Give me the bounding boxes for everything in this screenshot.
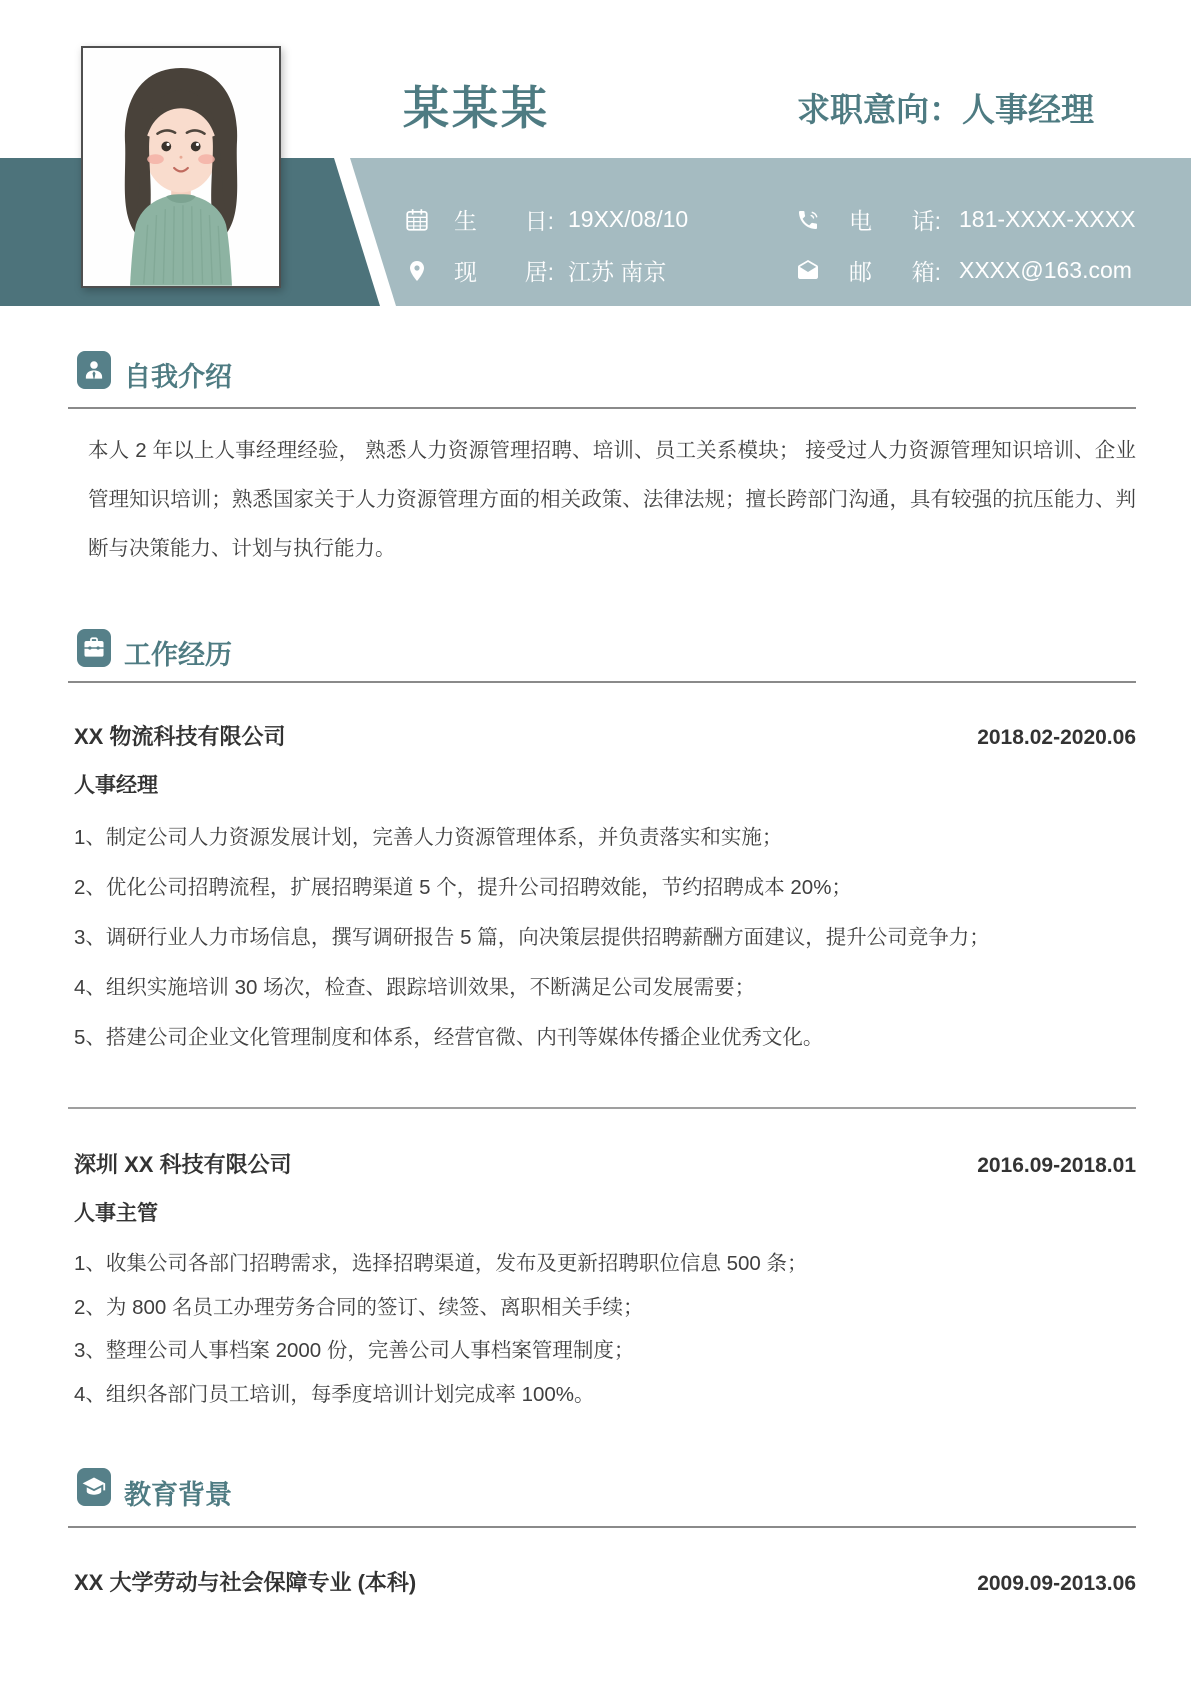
contact-phone: 电话: 181-XXXX-XXXX bbox=[795, 203, 1135, 236]
work-achievement: 1、制定公司人力资源发展计划，完善人力资源管理体系，并负责落实和实施； bbox=[74, 824, 782, 852]
contact-label: 现居: bbox=[454, 254, 554, 287]
education-date-range: 2009.09-2013.06 bbox=[977, 1569, 1136, 1599]
education-entry: XX 大学劳动与社会保障专业 (本科) 2009.09-2013.06 bbox=[74, 1568, 1136, 1599]
company-name: XX 物流科技有限公司 bbox=[74, 722, 285, 752]
job-date-range: 2016.09-2018.01 bbox=[977, 1151, 1136, 1181]
calendar-icon bbox=[404, 207, 430, 233]
job-intention: 求职意向：人事经理 bbox=[797, 84, 1094, 131]
work-achievement: 4、组织实施培训 30 场次，检查、跟踪培训效果，不断满足公司发展需要； bbox=[74, 974, 755, 1002]
work-achievement: 5、搭建公司企业文化管理制度和体系，经营官微、内刊等媒体传播企业优秀文化。 bbox=[74, 1024, 823, 1052]
work-achievement: 1、收集公司各部门招聘需求，选择招聘渠道，发布及更新招聘职位信息 500 条； bbox=[74, 1250, 808, 1278]
job-date-range: 2018.02-2020.06 bbox=[977, 723, 1136, 753]
work-achievement: 3、整理公司人事档案 2000 份，完善公司人事档案管理制度； bbox=[74, 1337, 634, 1365]
contact-value: 江苏 南京 bbox=[568, 254, 666, 287]
profile-photo bbox=[81, 46, 281, 288]
contact-birthday: 生日: 19XX/08/10 bbox=[404, 203, 688, 236]
resume-page: 某某某 求职意向：人事经理 生日: 19XX/08/10 现居: bbox=[0, 0, 1191, 1684]
section-title-about: 自我介绍 bbox=[124, 355, 232, 394]
user-icon bbox=[77, 351, 111, 389]
section-title-work: 工作经历 bbox=[124, 633, 232, 672]
school-name: XX 大学劳动与社会保障专业 (本科) bbox=[74, 1568, 416, 1598]
avatar-illustration bbox=[83, 48, 279, 286]
work-achievement: 3、调研行业人力市场信息，撰写调研报告 5 篇，向决策层提供招聘薪酬方面建议，提… bbox=[74, 924, 990, 952]
section-divider bbox=[68, 1526, 1136, 1528]
graduation-cap-icon bbox=[77, 1468, 111, 1506]
job-separator bbox=[68, 1107, 1136, 1109]
contact-label: 邮箱: bbox=[849, 254, 941, 287]
work-achievement: 2、为 800 名员工办理劳务合同的签订、续签、离职相关手续； bbox=[74, 1294, 644, 1322]
job-header: XX 物流科技有限公司 2018.02-2020.06 bbox=[74, 722, 1136, 753]
section-divider bbox=[68, 681, 1136, 683]
section-title-education: 教育背景 bbox=[124, 1473, 232, 1512]
phone-icon bbox=[795, 207, 821, 233]
job-position: 人事主管 bbox=[74, 1200, 158, 1228]
company-name: 深圳 XX 科技有限公司 bbox=[74, 1150, 292, 1180]
contact-value: XXXX@163.com bbox=[959, 257, 1132, 284]
contact-value: 19XX/08/10 bbox=[568, 206, 688, 233]
work-achievement: 2、优化公司招聘流程，扩展招聘渠道 5 个，提升公司招聘效能，节约招聘成本 20… bbox=[74, 874, 852, 902]
job-header: 深圳 XX 科技有限公司 2016.09-2018.01 bbox=[74, 1150, 1136, 1181]
contact-label: 生日: bbox=[454, 203, 554, 236]
candidate-name: 某某某 bbox=[403, 72, 550, 138]
briefcase-icon bbox=[77, 629, 111, 667]
contact-value: 181-XXXX-XXXX bbox=[959, 206, 1135, 233]
envelope-icon bbox=[795, 258, 821, 284]
location-pin-icon bbox=[404, 258, 430, 284]
contact-location: 现居: 江苏 南京 bbox=[404, 254, 666, 287]
self-introduction-text: 本人 2 年以上人事经理经验， 熟悉人力资源管理招聘、培训、员工关系模块； 接受… bbox=[88, 426, 1136, 573]
job-position: 人事经理 bbox=[74, 772, 158, 800]
contact-label: 电话: bbox=[849, 203, 941, 236]
contact-email: 邮箱: XXXX@163.com bbox=[795, 254, 1132, 287]
work-achievement: 4、组织各部门员工培训，每季度培训计划完成率 100%。 bbox=[74, 1381, 595, 1409]
section-divider bbox=[68, 407, 1136, 409]
